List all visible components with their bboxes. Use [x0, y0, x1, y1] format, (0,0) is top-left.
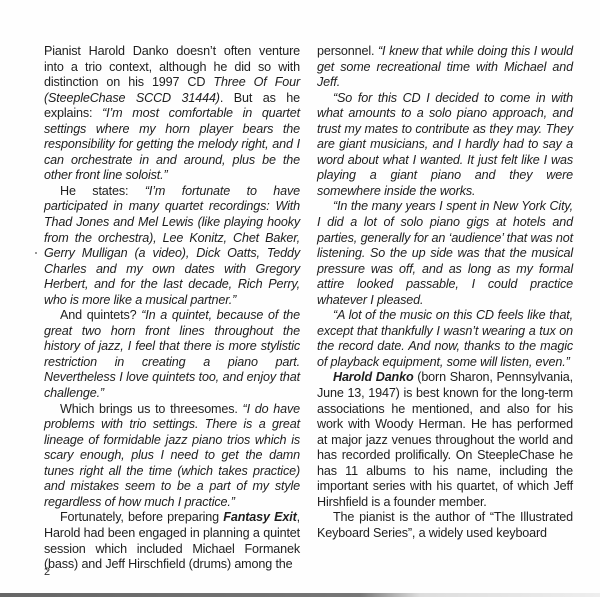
paragraph: The pianist is the author of “The Illust… [317, 510, 573, 541]
scan-speck [35, 252, 37, 254]
paragraph: personnel. “I knew that while doing this… [317, 44, 573, 91]
paragraph: And quintets? “In a quintet, because of … [44, 308, 300, 401]
paragraph: Harold Danko (born Sharon, Pennsylvania,… [317, 370, 573, 510]
left-column: Pianist Harold Danko doesn’t often ventu… [44, 44, 300, 573]
paragraph: “So for this CD I decided to come in wit… [317, 91, 573, 200]
text: He states: [60, 184, 145, 198]
booklet-page: Pianist Harold Danko doesn’t often ventu… [0, 0, 600, 597]
page-number: 2 [44, 566, 50, 578]
text: And quintets? [60, 308, 141, 322]
paragraph: Fortunately, before preparing Fantasy Ex… [44, 510, 300, 572]
paragraph: “A lot of the music on this CD feels lik… [317, 308, 573, 370]
text: Which brings us to threesomes. [60, 402, 243, 416]
text: personnel. [317, 44, 378, 58]
text: Fortunately, before preparing [60, 510, 223, 524]
artist-name: Harold Danko [333, 370, 414, 384]
quote: “I do have problems with trio settings. … [44, 402, 300, 509]
album-title: Fantasy Exit [223, 510, 296, 524]
paragraph: Pianist Harold Danko doesn’t often ventu… [44, 44, 300, 184]
page-bottom-edge [0, 593, 600, 597]
right-column: personnel. “I knew that while doing this… [317, 44, 573, 542]
paragraph: He states: “I’m fortunate to have partic… [44, 184, 300, 308]
paragraph: Which brings us to threesomes. “I do hav… [44, 402, 300, 511]
quote: “I’m fortunate to have participated in m… [44, 184, 300, 307]
paragraph: “In the many years I spent in New York C… [317, 199, 573, 308]
text: (born Sharon, Pennsylvania, June 13, 194… [317, 370, 573, 508]
